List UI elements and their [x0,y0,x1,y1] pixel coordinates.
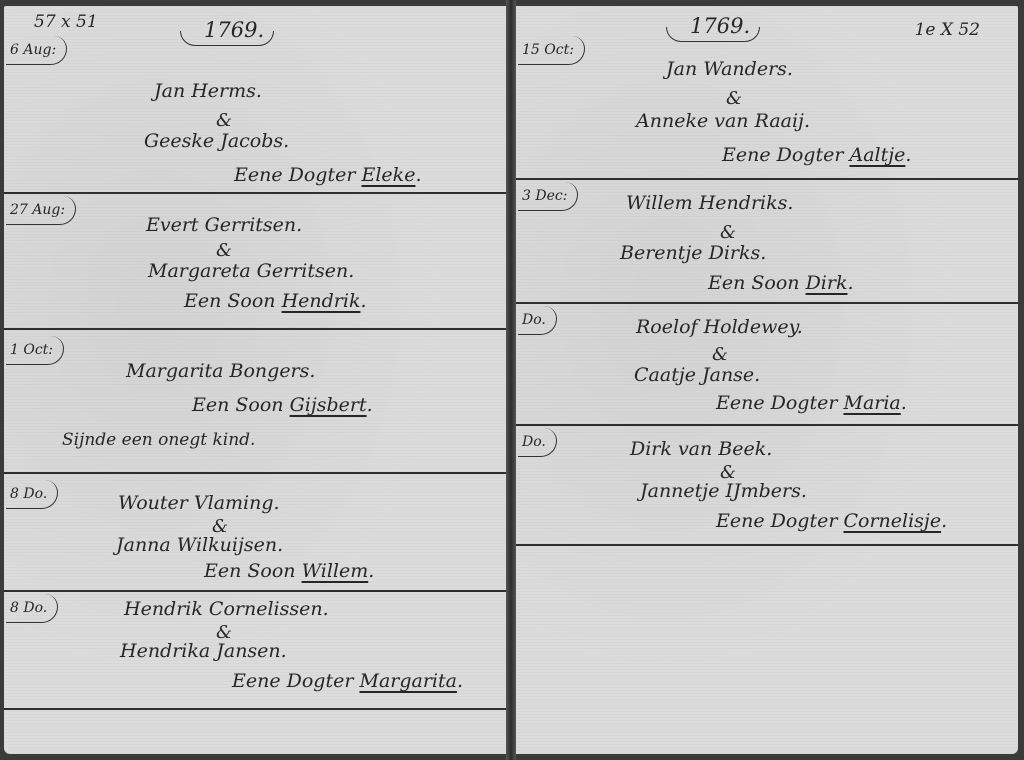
child-line: Eene Dogter Margarita. [232,670,463,692]
father-name: Hendrik Cornelissen. [124,598,329,620]
entry-date: 8 Do. [6,480,58,509]
mother-name: Berentje Dirks. [620,242,766,264]
father-name: Wouter Vlaming. [118,492,280,514]
child-name: Cornelisje [843,510,941,532]
mother-name: Janna Wilkuijsen. [116,534,283,556]
father-name: Roelof Holdewey. [636,316,803,338]
child-prefix: Eene Dogter [232,670,353,692]
child-prefix: Een Soon [192,394,284,416]
register-entry: 6 Aug: Jan Herms. & Geeske Jacobs. Eene … [4,6,506,194]
punctuation: . [415,164,421,186]
child-name: Gijsbert [290,394,367,416]
child-name: Maria [843,392,900,414]
register-entry: 8 Do. Hendrik Cornelissen. & Hendrika Ja… [4,590,506,710]
register-entry: 8 Do. Wouter Vlaming. & Janna Wilkuijsen… [4,472,506,592]
child-line: Een Soon Hendrik. [184,290,367,312]
child-prefix: Eene Dogter [234,164,355,186]
child-line: Een Soon Willem. [204,560,374,582]
mother-name: Hendrika Jansen. [120,640,287,662]
child-prefix: Een Soon [204,560,296,582]
entry-date: 3 Dec: [518,182,578,211]
register-entry: 3 Dec: Willem Hendriks. & Berentje Dirks… [516,178,1018,304]
register-entry: 1 Oct: Margarita Bongers. Een Soon Gijsb… [4,328,506,474]
child-prefix: Eene Dogter [716,510,837,532]
book-spine [506,0,516,760]
father-name: Dirk van Beek. [630,438,772,460]
child-line: Eene Dogter Maria. [716,392,907,414]
mother-name: Caatje Janse. [634,364,760,386]
father-name: Willem Hendriks. [626,192,793,214]
child-line: Eene Dogter Cornelisje. [716,510,947,532]
punctuation: . [941,510,947,532]
punctuation: . [368,560,374,582]
open-register-book: 57 x 51 1769. 6 Aug: Jan Herms. & Geeske… [0,0,1024,760]
entry-date: 1 Oct: [6,336,64,365]
child-name: Eleke [361,164,415,186]
punctuation: . [905,144,911,166]
register-entry: 15 Oct: Jan Wanders. & Anneke van Raaij.… [516,6,1018,180]
child-name: Margarita [359,670,456,692]
child-name: Aaltje [849,144,905,166]
left-page: 57 x 51 1769. 6 Aug: Jan Herms. & Geeske… [4,6,506,754]
register-entry: 27 Aug: Evert Gerritsen. & Margareta Ger… [4,192,506,330]
mother-name: Margarita Bongers. [126,360,315,382]
child-name: Hendrik [282,290,361,312]
register-entry: Do. Dirk van Beek. & Jannetje IJmbers. E… [516,424,1018,546]
remark-illegitimate-child: Sijnde een onegt kind. [62,430,255,450]
mother-name: Margareta Gerritsen. [148,260,354,282]
ampersand: & [712,344,728,365]
father-name: Jan Herms. [154,80,262,102]
ampersand: & [720,222,736,243]
child-prefix: Eene Dogter [716,392,837,414]
child-line: Eene Dogter Eleke. [234,164,421,186]
mother-name: Jannetje IJmbers. [640,480,807,502]
ampersand: & [726,88,742,109]
child-prefix: Een Soon [708,272,800,294]
entry-date: 27 Aug: [6,196,76,225]
punctuation: . [360,290,366,312]
child-name: Dirk [806,272,848,294]
child-line: Een Soon Gijsbert. [192,394,373,416]
entry-date: 8 Do. [6,594,58,623]
right-page: 1e X 52 1769. 15 Oct: Jan Wanders. & Ann… [516,6,1018,754]
ampersand: & [216,110,232,131]
mother-name: Anneke van Raaij. [636,110,810,132]
entry-date: 15 Oct: [518,36,585,65]
child-prefix: Eene Dogter [722,144,843,166]
ampersand: & [216,240,232,261]
child-prefix: Een Soon [184,290,276,312]
punctuation: . [901,392,907,414]
child-line: Een Soon Dirk. [708,272,854,294]
child-name: Willem [302,560,369,582]
father-name: Jan Wanders. [666,58,793,80]
child-line: Eene Dogter Aaltje. [722,144,911,166]
entry-date: Do. [518,428,557,457]
mother-name: Geeske Jacobs. [144,130,289,152]
entry-date: Do. [518,306,557,335]
punctuation: . [847,272,853,294]
entry-date: 6 Aug: [6,36,67,65]
register-entry: Do. Roelof Holdewey. & Caatje Janse. Een… [516,302,1018,426]
punctuation: . [367,394,373,416]
punctuation: . [457,670,463,692]
father-name: Evert Gerritsen. [146,214,302,236]
